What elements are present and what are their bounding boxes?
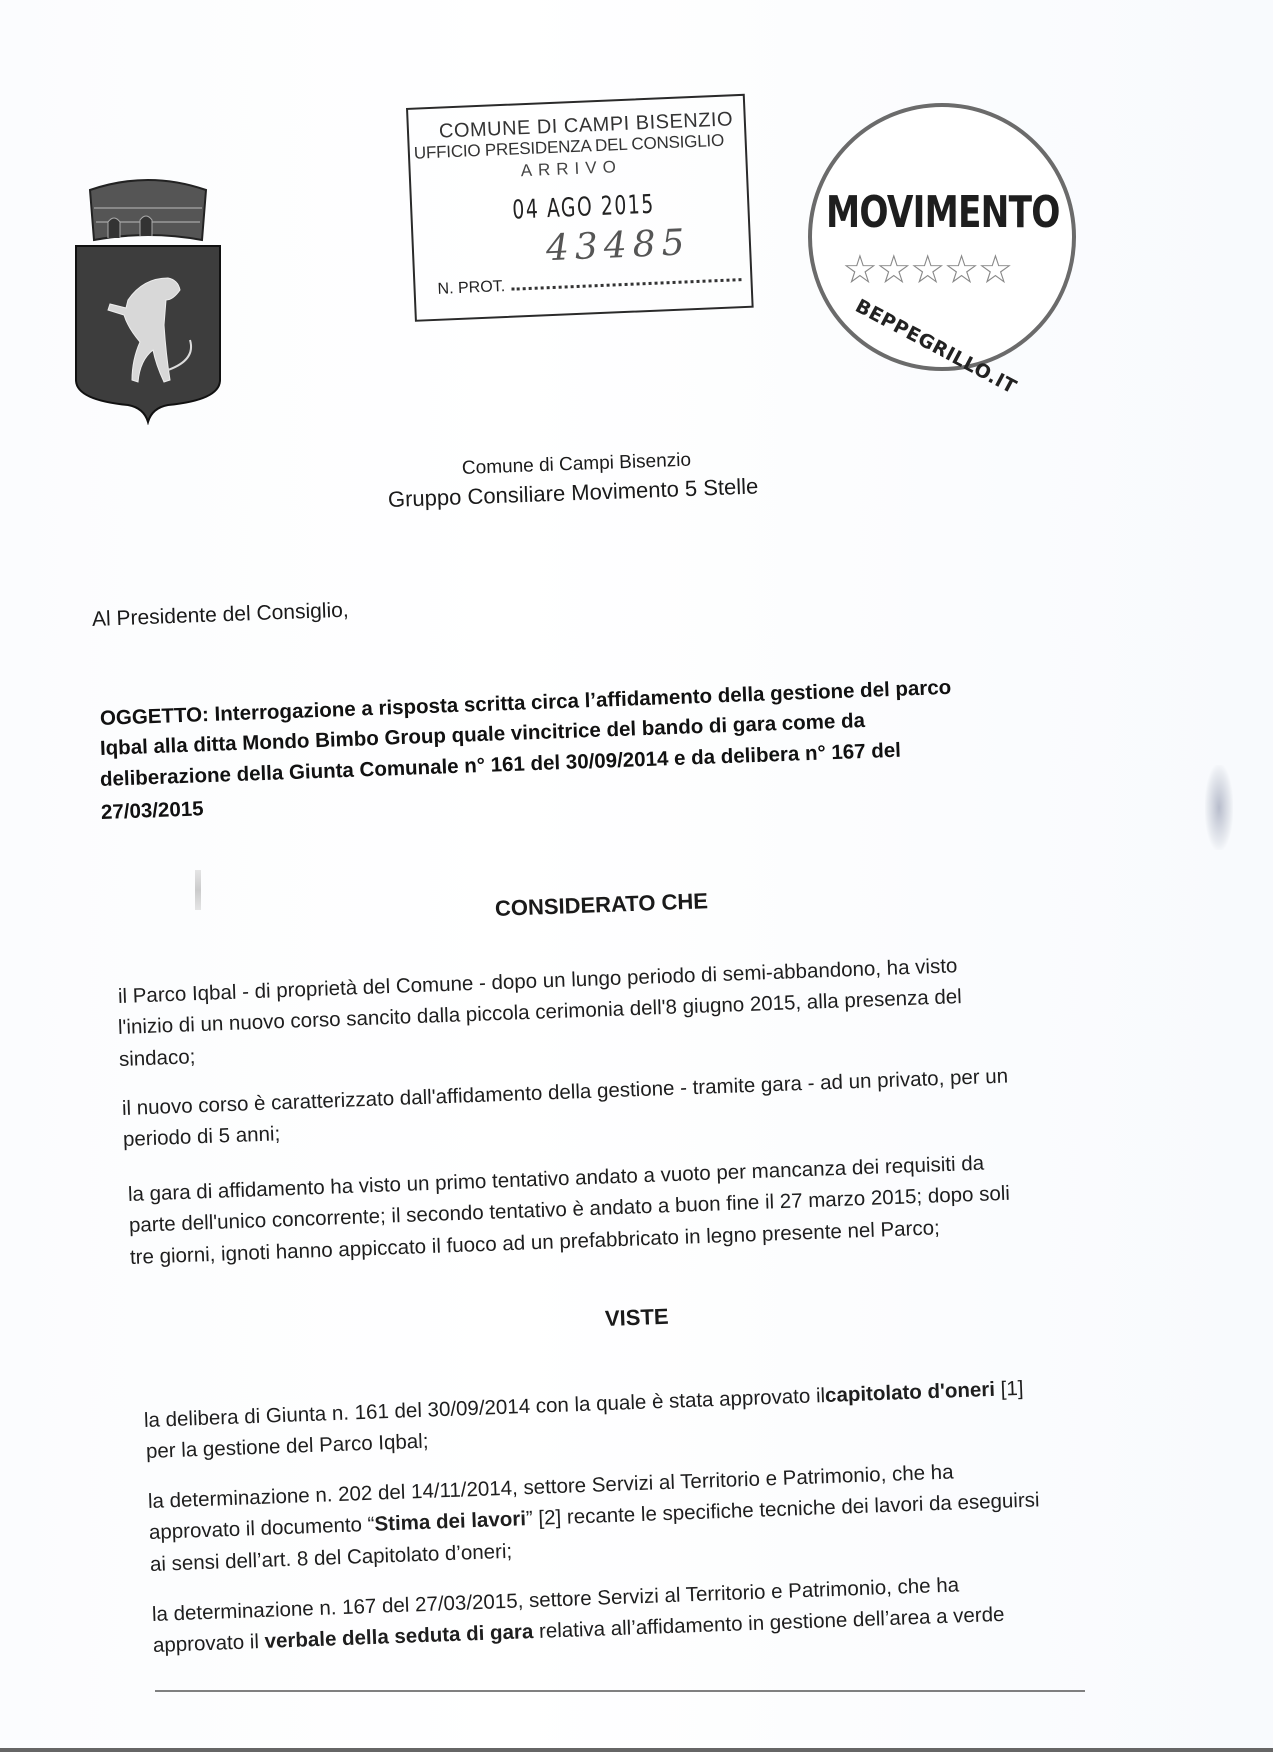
salutation: Al Presidente del Consiglio, [92,599,350,632]
movimento-5-stelle-logo: MOVIMENTO ☆☆☆☆☆ BEPPEGRILLO.IT [808,103,1076,371]
section-title-viste: VISTE [605,1304,669,1332]
scan-smudge [1205,765,1233,850]
stamp-line-3: ARRIVO [520,157,622,181]
scan-mark [195,870,201,910]
stamp-protocol-label: N. PROT. [437,278,505,299]
subject-label: OGGETTO: [100,703,210,730]
logo-word: MOVIMENTO [826,187,1060,238]
bold-stima-lavori: Stima dei lavori [374,1507,526,1536]
viste-item-1-line-1: la delibera di Giunta n. 161 del 30/09/2… [144,1377,1024,1433]
scanned-page: COMUNE DI CAMPI BISENZIO UFFICIO PRESIDE… [0,0,1273,1752]
bold-verbale: verbale della seduta di gara [264,1620,534,1653]
footnote-divider [155,1690,1085,1692]
bold-capitolato: capitolato d'oneri [825,1378,996,1407]
stamp-date: 04 AGO 2015 [512,190,656,226]
protocol-stamp: COMUNE DI CAMPI BISENZIO UFFICIO PRESIDE… [406,94,754,322]
section-title-considerato: CONSIDERATO CHE [495,888,709,922]
stamp-protocol-number: 43485 [545,222,691,269]
considerato-para-1-line-3: sindaco; [119,1045,196,1072]
coat-of-arms-icon [68,150,228,425]
stamp-dotted-line [512,278,742,291]
logo-stars-icon: ☆☆☆☆☆ [842,247,1011,293]
page-bottom-edge [0,1748,1273,1752]
org-line-1: Comune di Campi Bisenzio [462,450,692,480]
subject-line-4: 27/03/2015 [101,797,204,825]
viste-item-2-line-3: ai sensi dell’art. 8 del Capitolato d’on… [150,1540,513,1577]
org-line-2: Gruppo Consiliare Movimento 5 Stelle [388,473,759,513]
logo-subtitle: BEPPEGRILLO.IT [852,295,1020,399]
considerato-para-2-line-1: il nuovo corso è caratterizzato dall'aff… [122,1065,1009,1121]
viste-item-1-line-2: per la gestione del Parco Iqbal; [146,1430,429,1464]
considerato-para-2-line-2: periodo di 5 anni; [123,1122,281,1152]
